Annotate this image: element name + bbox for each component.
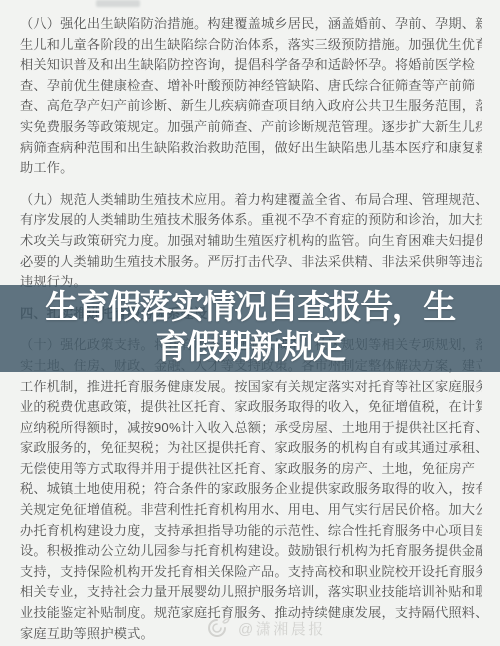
text-line: 助工作。	[20, 158, 482, 179]
text-line: 必要的人类辅助生殖技术服务。严厉打击代孕、非法采供精、非法采供卵等违法	[20, 252, 482, 273]
text-line: （八）强化出生缺陷防治措施。构建覆盖城乡居民，涵盖婚前、孕前、孕期、新	[20, 14, 482, 35]
text-line: 关规定免征增值税。非营利性托育机构用水、用电、用气实行居民价格。加大公	[20, 500, 482, 521]
title-overlay-band: 生育假落实情况自查报告，生 育假期新规定	[0, 285, 500, 372]
text-line: 支持，支持保险机构开发托育相关保险产品。支持高校和职业院校开设托育服务	[20, 562, 482, 583]
paragraph-10: （十）强化政策支持。将托育服务设施纳入城市、社区规划等相关专项规划，落实土地、住…	[20, 335, 482, 644]
text-line: 税、城镇土地使用税；符合条件的家政服务企业提供家政服务取得的收入，按有	[20, 479, 482, 500]
text-line: （九）规范人类辅助生殖技术应用。着力构建覆盖全省、布局合理、管理规范、	[20, 190, 482, 211]
text-line: 病筛查病种范围和出生缺陷救治救助范围，做好出生缺陷患儿基本医疗和康复救	[20, 138, 482, 159]
watermark: @潇湘晨报	[204, 616, 326, 640]
text-line: 实免费服务等政策规定。加强产前筛查、产前诊断规范管理。逐步扩大新生儿疾	[20, 117, 482, 138]
xiaoxiang-morning-herald-logo-icon	[204, 616, 232, 640]
paragraph-8: （八）强化出生缺陷防治措施。构建覆盖城乡居民，涵盖婚前、孕前、孕期、新生儿和儿童…	[20, 14, 482, 179]
text-line: 相关专业，支持社会力量开展婴幼儿照护服务培训，落实职业技能培训补贴和职	[20, 582, 482, 603]
text-line: 相关知识普及和出生缺陷防控咨询，提倡科学备孕和适龄怀孕。将婚前医学检	[20, 55, 482, 76]
text-line: 查、高危孕产妇产前诊断、新生儿疾病筛查项目纳入政府公共卫生服务范围，落	[20, 96, 482, 117]
text-line: 应纳税所得额时，减按90%计入收入总额；承受房屋、土地用于提供社区托育、	[20, 418, 482, 439]
text-line: 无偿使用等方式取得并用于提供社区托育、家政服务的房产、土地，免征房产	[20, 459, 482, 480]
overlay-title-line-1: 生育假落实情况自查报告，生	[0, 287, 500, 327]
text-line: 查、孕前优生健康检查、增补叶酸预防神经管缺陷、唐氏综合征筛查等产前筛	[20, 76, 482, 97]
text-line: 生儿和儿童各阶段的出生缺陷综合防治体系，落实三级预防措施。加强优生优育	[20, 35, 482, 56]
paragraph-9: （九）规范人类辅助生殖技术应用。着力构建覆盖全省、布局合理、管理规范、有序发展的…	[20, 190, 482, 293]
text-line: 办托育机构建设力度，支持承担指导功能的示范性、综合性托育服务中心项目建	[20, 521, 482, 542]
text-line: 业的税费优惠政策，提供社区托育、家政服务取得的收入，免征增值税，在计算	[20, 397, 482, 418]
overlay-title-line-2: 育假期新规定	[0, 327, 500, 367]
text-line: 家政服务的，免征契税；为社区提供托育、家政服务的机构自有或其通过承租、	[20, 438, 482, 459]
text-line: 工作机制，推进托育服务健康发展。按国家有关规定落实对托育等社区家庭服务	[20, 377, 482, 398]
text-line: 有序发展的人类辅助生殖技术服务体系。重视不孕不育症的预防和诊治，加大技	[20, 210, 482, 231]
document-page: （八）强化出生缺陷防治措施。构建覆盖城乡居民，涵盖婚前、孕前、孕期、新生儿和儿童…	[0, 0, 500, 646]
watermark-text: @潇湘晨报	[238, 618, 326, 639]
text-line: 术攻关与政策研究力度。加强对辅助生殖医疗机构的监管。向生育困难夫妇提供	[20, 231, 482, 252]
text-line: 设。积极推动公立幼儿园参与托育机构建设。鼓励银行机构为托育服务提供金融	[20, 541, 482, 562]
